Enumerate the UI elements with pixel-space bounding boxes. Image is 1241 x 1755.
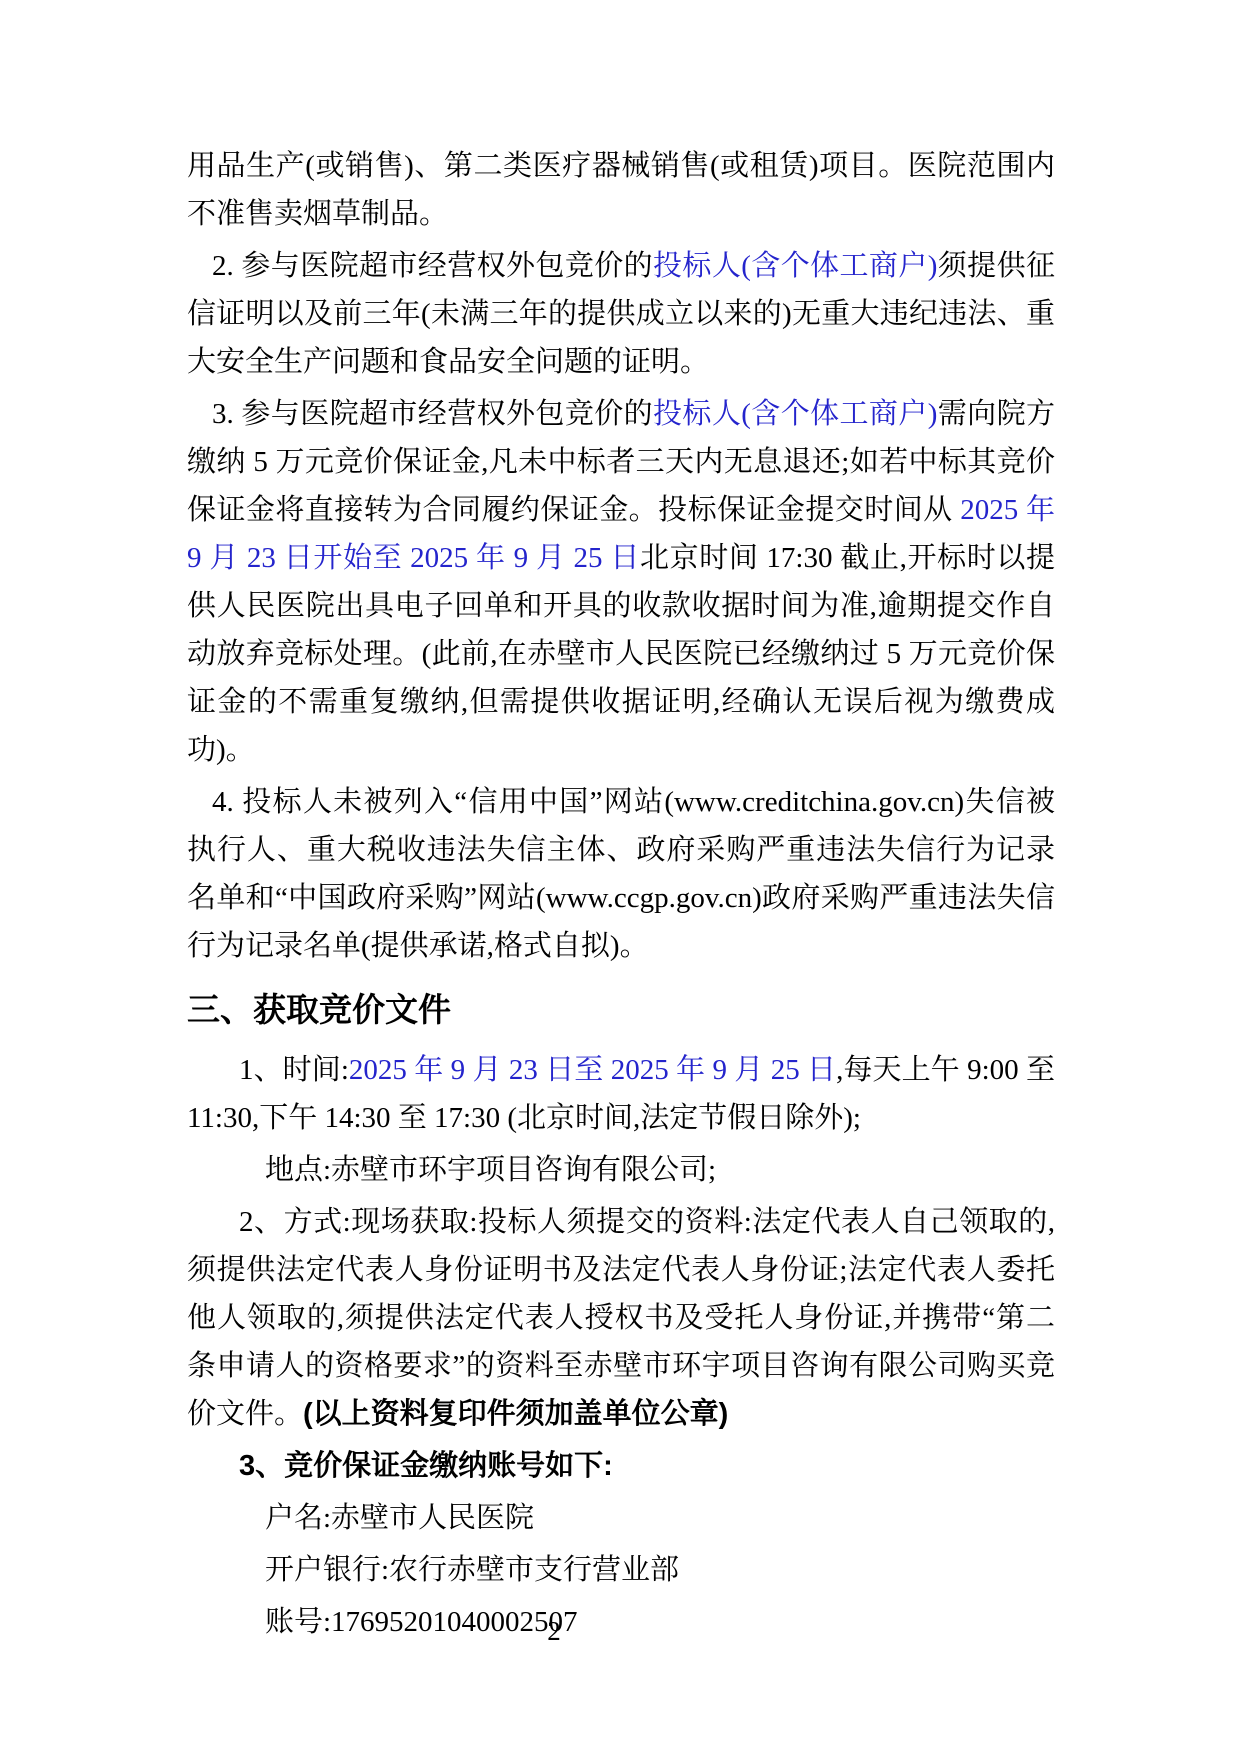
paragraph: 3、竞价保证金缴纳账号如下: xyxy=(187,1442,1055,1490)
text-run: 户名:赤壁市人民医院 xyxy=(265,1502,534,1534)
highlighted-text-run: 投标人(含个体工商户) xyxy=(653,398,937,430)
text-run: 开户银行:农行赤壁市支行营业部 xyxy=(265,1554,679,1586)
page-footer: 2 xyxy=(0,1615,1108,1647)
paragraph: 1、时间:2025 年 9 月 23 日至 2025 年 9 月 25 日,每天… xyxy=(187,1046,1055,1142)
text-run: 三、获取竞价文件 xyxy=(187,991,451,1028)
section-heading: 三、获取竞价文件 xyxy=(187,984,1055,1036)
paragraph: 用品生产(或销售)、第二类医疗器械销售(或租赁)项目。医院范围内不准售卖烟草制品… xyxy=(187,142,1055,238)
highlighted-text-run: 2025 年 9 月 23 日至 2025 年 9 月 25 日 xyxy=(349,1054,836,1086)
page-number: 2 xyxy=(547,1616,561,1646)
text-run: 2、方式:现场获取:投标人须提交的资料:法定代表人自己领取的,须提供法定代表人身… xyxy=(187,1206,1055,1430)
document-page: 用品生产(或销售)、第二类医疗器械销售(或租赁)项目。医院范围内不准售卖烟草制品… xyxy=(0,0,1241,1755)
highlighted-text-run: 投标人(含个体工商户) xyxy=(653,250,937,282)
text-run: 3. 参与医院超市经营权外包竞价的 xyxy=(212,398,653,430)
paragraph: 户名:赤壁市人民医院 xyxy=(187,1494,1055,1542)
text-run: 地点:赤壁市环宇项目咨询有限公司; xyxy=(265,1154,716,1186)
text-run: 1、时间: xyxy=(239,1054,349,1086)
paragraph: 3. 参与医院超市经营权外包竞价的投标人(含个体工商户)需向院方缴纳 5 万元竞… xyxy=(187,390,1055,774)
text-run: 用品生产(或销售)、第二类医疗器械销售(或租赁)项目。医院范围内不准售卖烟草制品… xyxy=(187,150,1055,230)
paragraph: 地点:赤壁市环宇项目咨询有限公司; xyxy=(187,1146,1055,1194)
paragraph: 2. 参与医院超市经营权外包竞价的投标人(含个体工商户)须提供征信证明以及前三年… xyxy=(187,242,1055,386)
bold-text-run: (以上资料复印件须加盖单位公章) xyxy=(303,1398,728,1430)
document-body: 用品生产(或销售)、第二类医疗器械销售(或租赁)项目。医院范围内不准售卖烟草制品… xyxy=(187,142,1055,1646)
text-run: 2. 参与医院超市经营权外包竞价的 xyxy=(212,250,653,282)
bold-text-run: 3、竞价保证金缴纳账号如下: xyxy=(239,1450,613,1482)
paragraph: 开户银行:农行赤壁市支行营业部 xyxy=(187,1546,1055,1594)
paragraph: 2、方式:现场获取:投标人须提交的资料:法定代表人自己领取的,须提供法定代表人身… xyxy=(187,1198,1055,1438)
paragraph: 4. 投标人未被列入“信用中国”网站(www.creditchina.gov.c… xyxy=(187,778,1055,970)
text-run: 4. 投标人未被列入“信用中国”网站(www.creditchina.gov.c… xyxy=(187,786,1055,962)
text-run: 北京时间 17:30 截止,开标时以提供人民医院出具电子回单和开具的收款收据时间… xyxy=(187,542,1055,766)
